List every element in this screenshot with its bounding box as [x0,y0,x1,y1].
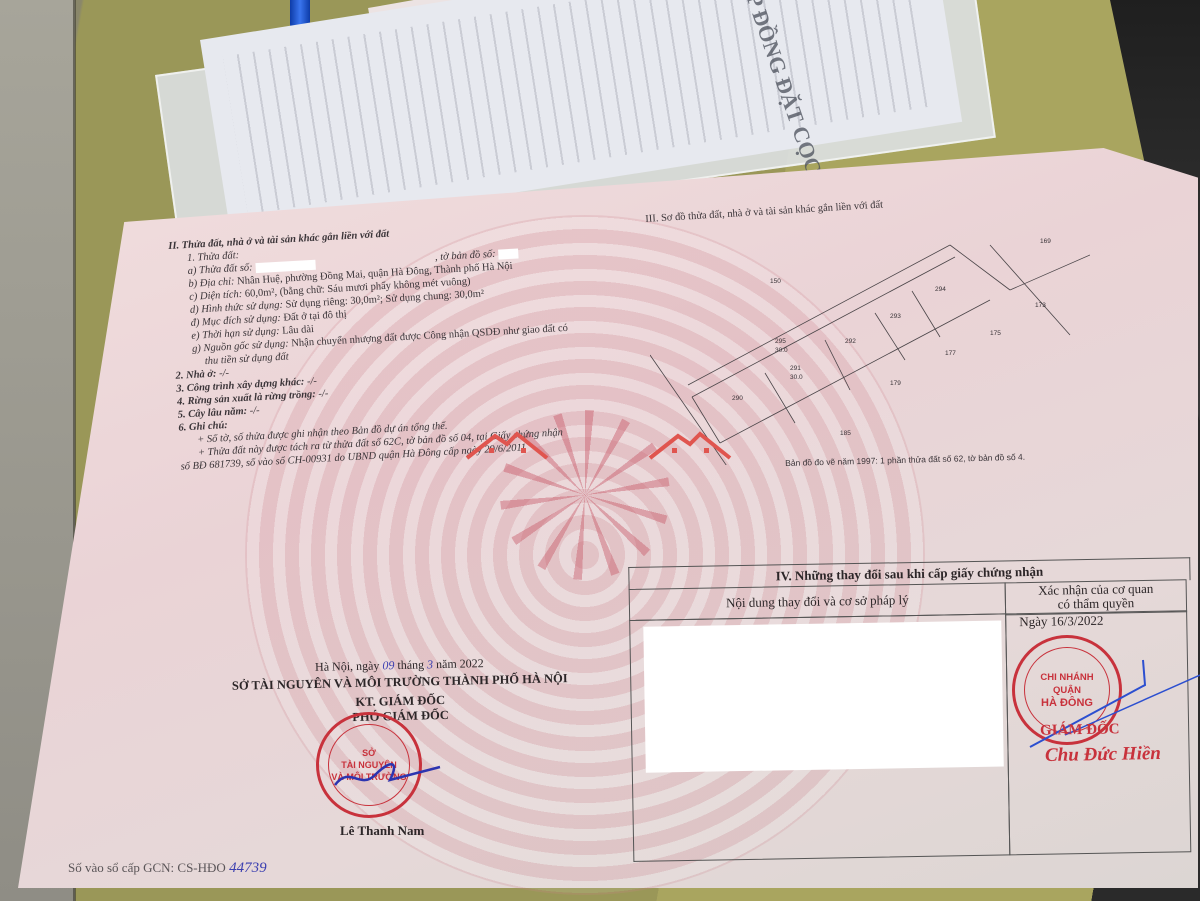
registry-number: Số vào sổ cấp GCN: CS-HĐO 44739 [68,860,267,877]
parcel-label: 185 [840,430,851,437]
signature-icon [1025,655,1200,755]
parcel-label: 292 [845,338,856,345]
house-watermark-icon [648,430,732,460]
parcel-area: 30.0 [775,347,788,354]
signer-name: Lê Thanh Nam [340,823,424,839]
parcel-label: 177 [945,350,956,357]
redacted-sheet [498,248,519,259]
date-day: 09 [382,658,394,672]
signature-icon [330,755,445,795]
registry-label: Số vào sổ cấp GCN: CS-HĐO [68,860,226,875]
parcel-label: 175 [990,330,1001,337]
house-watermark-icon [465,430,549,460]
perennial-value: -/- [249,405,260,417]
parcel-label: 169 [1040,238,1051,245]
date-month: 3 [427,657,433,671]
registry-value: 44739 [229,860,267,876]
parcel-label: 291 [790,365,801,372]
confirm-date: Ngày 16/3/2022 [1019,613,1103,630]
forest-value: -/- [318,388,329,400]
month-label: tháng [397,657,424,672]
director-name: Chu Đức Hiền [1045,743,1161,767]
parcel-label: 294 [935,286,946,293]
purpose-value: Đất ở tại đô thị [283,309,347,324]
parcel-label: 150 [770,278,781,285]
parcel-label: 179 [890,380,901,387]
parcel-label: 290 [732,395,743,402]
parcel-label: 293 [890,313,901,320]
date-prefix: Hà Nội, ngày [315,658,380,673]
confirm-header-line2: có thẩm quyền [1058,595,1135,611]
director-title: GIÁM ĐỐC [1040,721,1120,739]
parcel-area: 30.0 [790,374,803,381]
house-value: -/- [219,368,230,380]
year-label: năm 2022 [436,656,484,671]
house-label: 2. Nhà ở: [175,369,216,382]
parcel-label: 295 [775,338,786,345]
term-value: Lâu dài [282,324,314,337]
parcel-diagram: 29029130.029229329429530.015016917317517… [650,225,1090,465]
construction-value: -/- [307,376,318,388]
parcel-label: 173 [1035,302,1046,309]
issuer-signature-block: Hà Nội, ngày 09 tháng 3 năm 2022 SỞ TÀI … [189,653,610,729]
redacted-content [643,620,1003,772]
